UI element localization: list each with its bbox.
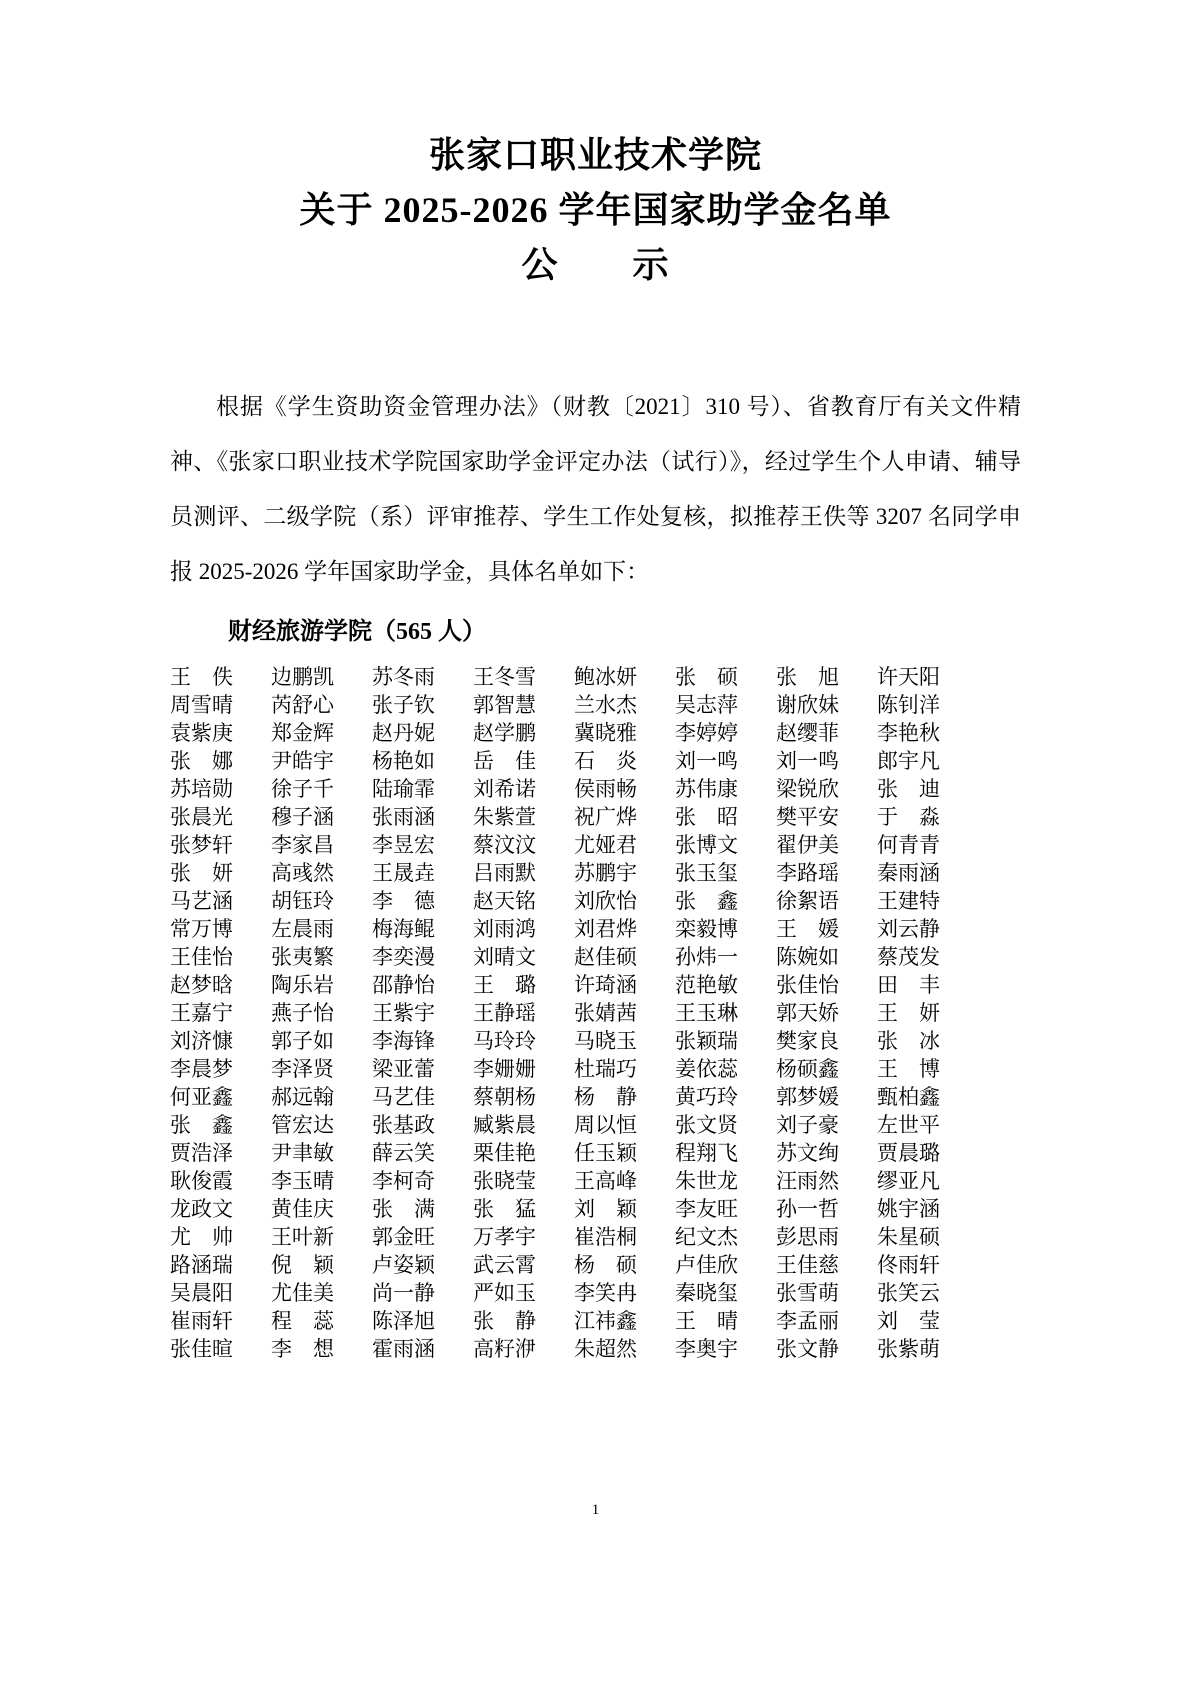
student-name: 王建特 [877, 887, 978, 915]
student-name: 马艺佳 [372, 1083, 473, 1111]
student-name: 李笑冉 [574, 1279, 675, 1307]
name-table: 王 佚边鹏凯苏冬雨王冬雪鲍冰妍张 硕张 旭许天阳周雪晴芮舒心张子钦郭智慧兰水杰吴… [170, 663, 1021, 1363]
student-name: 郝远翰 [271, 1083, 372, 1111]
student-name: 苏冬雨 [372, 663, 473, 691]
student-name: 李奥宇 [675, 1335, 776, 1363]
student-name: 张晓莹 [473, 1167, 574, 1195]
student-name: 苏鹏宇 [574, 859, 675, 887]
student-name: 彭思雨 [776, 1223, 877, 1251]
student-name: 陈泽旭 [372, 1307, 473, 1335]
student-name: 尹皓宇 [271, 747, 372, 775]
student-name: 张 鑫 [170, 1111, 271, 1139]
student-name: 卢姿颖 [372, 1251, 473, 1279]
student-name: 马艺涵 [170, 887, 271, 915]
student-name: 张 冰 [877, 1027, 978, 1055]
student-name: 臧紫晨 [473, 1111, 574, 1139]
document-page: 张家口职业技术学院 关于 2025-2026 学年国家助学金名单 公 示 根据《… [0, 0, 1191, 1684]
student-name: 李泽贤 [271, 1055, 372, 1083]
student-name: 兰水杰 [574, 691, 675, 719]
student-name: 郭天娇 [776, 999, 877, 1027]
student-name: 刘 莹 [877, 1307, 978, 1335]
student-name: 李婷婷 [675, 719, 776, 747]
student-name: 崔浩桐 [574, 1223, 675, 1251]
student-name: 马晓玉 [574, 1027, 675, 1055]
student-name: 张 娜 [170, 747, 271, 775]
student-name: 常万博 [170, 915, 271, 943]
student-name: 赵梦晗 [170, 971, 271, 999]
student-name: 张 旭 [776, 663, 877, 691]
student-name: 赵丹妮 [372, 719, 473, 747]
student-name: 姜依蕊 [675, 1055, 776, 1083]
student-name: 冀晓雅 [574, 719, 675, 747]
student-name: 杨 硕 [574, 1251, 675, 1279]
student-name: 苏文绚 [776, 1139, 877, 1167]
student-name: 杨硕鑫 [776, 1055, 877, 1083]
student-name: 梅海鲲 [372, 915, 473, 943]
student-name: 张笑云 [877, 1279, 978, 1307]
student-name: 张佳暄 [170, 1335, 271, 1363]
student-name: 王嘉宁 [170, 999, 271, 1027]
student-name: 张 昭 [675, 803, 776, 831]
title-line-1: 张家口职业技术学院 [170, 128, 1021, 183]
student-name: 龙政文 [170, 1195, 271, 1223]
student-name: 张 静 [473, 1307, 574, 1335]
student-name: 马玲玲 [473, 1027, 574, 1055]
section-heading: 财经旅游学院（565 人） [170, 615, 1021, 649]
student-name: 张子钦 [372, 691, 473, 719]
student-name: 赵佳硕 [574, 943, 675, 971]
student-name: 高彧然 [271, 859, 372, 887]
student-name: 倪 颖 [271, 1251, 372, 1279]
page-footer: 1 [0, 1502, 1191, 1519]
student-name: 刘一鸣 [675, 747, 776, 775]
student-name: 郑金辉 [271, 719, 372, 747]
student-name: 王玉琳 [675, 999, 776, 1027]
student-name: 李孟丽 [776, 1307, 877, 1335]
student-name: 张 妍 [170, 859, 271, 887]
student-name: 刘云静 [877, 915, 978, 943]
student-name: 高籽洢 [473, 1335, 574, 1363]
student-name: 郭智慧 [473, 691, 574, 719]
student-name: 武云霄 [473, 1251, 574, 1279]
student-name: 石 炎 [574, 747, 675, 775]
student-name: 谢欣妹 [776, 691, 877, 719]
student-name: 张 迪 [877, 775, 978, 803]
student-name: 刘子豪 [776, 1111, 877, 1139]
student-name: 王佳慈 [776, 1251, 877, 1279]
student-name: 翟伊美 [776, 831, 877, 859]
student-name: 王 博 [877, 1055, 978, 1083]
student-name: 陆瑜霏 [372, 775, 473, 803]
student-name: 李海锋 [372, 1027, 473, 1055]
student-name: 管宏达 [271, 1111, 372, 1139]
student-name: 王高峰 [574, 1167, 675, 1195]
student-name: 左世平 [877, 1111, 978, 1139]
student-name: 王佳怡 [170, 943, 271, 971]
student-name: 杜瑞巧 [574, 1055, 675, 1083]
student-name: 黄佳庆 [271, 1195, 372, 1223]
student-name: 苏伟康 [675, 775, 776, 803]
student-name: 鲍冰妍 [574, 663, 675, 691]
student-name: 黄巧玲 [675, 1083, 776, 1111]
student-name: 吴志萍 [675, 691, 776, 719]
student-name: 李柯奇 [372, 1167, 473, 1195]
student-name: 梁锐欣 [776, 775, 877, 803]
student-name: 张 硕 [675, 663, 776, 691]
student-name: 燕子怡 [271, 999, 372, 1027]
student-name: 郎宇凡 [877, 747, 978, 775]
student-name: 吴晨阳 [170, 1279, 271, 1307]
student-name: 周雪晴 [170, 691, 271, 719]
student-name: 任玉颖 [574, 1139, 675, 1167]
student-name: 陶乐岩 [271, 971, 372, 999]
student-name: 程 蕊 [271, 1307, 372, 1335]
student-name: 刘希诺 [473, 775, 574, 803]
student-name: 张雨涵 [372, 803, 473, 831]
student-name: 刘 颖 [574, 1195, 675, 1223]
student-name: 袁紫庚 [170, 719, 271, 747]
student-name: 张 猛 [473, 1195, 574, 1223]
student-name: 朱世龙 [675, 1167, 776, 1195]
student-name: 李 德 [372, 887, 473, 915]
student-name: 张文静 [776, 1335, 877, 1363]
student-name: 李奕漫 [372, 943, 473, 971]
student-name: 徐子千 [271, 775, 372, 803]
student-name: 王叶新 [271, 1223, 372, 1251]
student-name: 张玉玺 [675, 859, 776, 887]
student-name: 卢佳欣 [675, 1251, 776, 1279]
student-name: 陈婉如 [776, 943, 877, 971]
student-name: 樊平安 [776, 803, 877, 831]
student-name: 路涵瑞 [170, 1251, 271, 1279]
student-name: 江祎鑫 [574, 1307, 675, 1335]
student-name: 张婧茜 [574, 999, 675, 1027]
student-name: 杨 静 [574, 1083, 675, 1111]
student-name: 田 丰 [877, 971, 978, 999]
document-title: 张家口职业技术学院 关于 2025-2026 学年国家助学金名单 公 示 [170, 128, 1021, 293]
student-name: 张佳怡 [776, 971, 877, 999]
student-name: 王 佚 [170, 663, 271, 691]
student-name: 于 淼 [877, 803, 978, 831]
student-name: 侯雨畅 [574, 775, 675, 803]
student-name: 陈钊洋 [877, 691, 978, 719]
student-name: 祝广烨 [574, 803, 675, 831]
student-name: 徐絮语 [776, 887, 877, 915]
student-name: 樊家良 [776, 1027, 877, 1055]
student-name: 李友旺 [675, 1195, 776, 1223]
student-name: 姚宇涵 [877, 1195, 978, 1223]
title-line-3: 公 示 [170, 238, 1021, 293]
student-name: 芮舒心 [271, 691, 372, 719]
student-name: 贾晨璐 [877, 1139, 978, 1167]
student-name: 胡钰玲 [271, 887, 372, 915]
student-name: 赵天铭 [473, 887, 574, 915]
student-name: 张夷繁 [271, 943, 372, 971]
student-name: 李晨梦 [170, 1055, 271, 1083]
student-name: 李昱宏 [372, 831, 473, 859]
student-name: 程翔飞 [675, 1139, 776, 1167]
intro-paragraph: 根据《学生资助资金管理办法》（财教〔2021〕310 号）、省教育厅有关文件精神… [170, 379, 1021, 599]
student-name: 李 想 [271, 1335, 372, 1363]
student-name: 李路瑶 [776, 859, 877, 887]
student-name: 何青青 [877, 831, 978, 859]
student-name: 李艳秋 [877, 719, 978, 747]
student-name: 岳 佳 [473, 747, 574, 775]
student-name: 张梦轩 [170, 831, 271, 859]
student-name: 尚一静 [372, 1279, 473, 1307]
student-name: 王 璐 [473, 971, 574, 999]
student-name: 赵缨菲 [776, 719, 877, 747]
student-name: 刘君烨 [574, 915, 675, 943]
student-name: 刘欣怡 [574, 887, 675, 915]
student-name: 崔雨轩 [170, 1307, 271, 1335]
student-name: 王静瑶 [473, 999, 574, 1027]
student-name: 刘晴文 [473, 943, 574, 971]
student-name: 许天阳 [877, 663, 978, 691]
student-name: 薛云笑 [372, 1139, 473, 1167]
student-name: 边鹏凯 [271, 663, 372, 691]
student-name: 王 晴 [675, 1307, 776, 1335]
student-name: 尤娅君 [574, 831, 675, 859]
student-name: 刘一鸣 [776, 747, 877, 775]
student-name: 纪文杰 [675, 1223, 776, 1251]
student-name: 范艳敏 [675, 971, 776, 999]
student-name: 吕雨默 [473, 859, 574, 887]
student-name: 苏培勋 [170, 775, 271, 803]
student-name: 缪亚凡 [877, 1167, 978, 1195]
student-name: 李姗姗 [473, 1055, 574, 1083]
student-name: 赵学鹏 [473, 719, 574, 747]
student-name: 秦雨涵 [877, 859, 978, 887]
student-name: 栗佳艳 [473, 1139, 574, 1167]
student-name: 郭金旺 [372, 1223, 473, 1251]
student-name: 尹聿敏 [271, 1139, 372, 1167]
student-name: 何亚鑫 [170, 1083, 271, 1111]
student-name: 朱紫萱 [473, 803, 574, 831]
student-name: 郭梦媛 [776, 1083, 877, 1111]
student-name: 张 鑫 [675, 887, 776, 915]
student-name: 朱超然 [574, 1335, 675, 1363]
student-name: 秦晓玺 [675, 1279, 776, 1307]
student-name: 王晟垚 [372, 859, 473, 887]
student-name: 杨艳如 [372, 747, 473, 775]
student-name: 朱星硕 [877, 1223, 978, 1251]
student-name: 王 妍 [877, 999, 978, 1027]
student-name: 贾浩泽 [170, 1139, 271, 1167]
page-number: 1 [592, 1502, 600, 1518]
title-line-2: 关于 2025-2026 学年国家助学金名单 [170, 183, 1021, 238]
student-name: 王冬雪 [473, 663, 574, 691]
student-name: 张晨光 [170, 803, 271, 831]
student-name: 张紫萌 [877, 1335, 978, 1363]
student-name: 尤 帅 [170, 1223, 271, 1251]
student-name: 刘济慷 [170, 1027, 271, 1055]
student-name: 张博文 [675, 831, 776, 859]
student-name: 张 满 [372, 1195, 473, 1223]
student-name: 张文贤 [675, 1111, 776, 1139]
student-name: 张基政 [372, 1111, 473, 1139]
student-name: 蔡茂发 [877, 943, 978, 971]
student-name: 郭子如 [271, 1027, 372, 1055]
student-name: 严如玉 [473, 1279, 574, 1307]
student-name: 孙炜一 [675, 943, 776, 971]
student-name: 蔡朝杨 [473, 1083, 574, 1111]
student-name: 梁亚蕾 [372, 1055, 473, 1083]
student-name: 刘雨鸿 [473, 915, 574, 943]
student-name: 李玉晴 [271, 1167, 372, 1195]
student-name: 佟雨轩 [877, 1251, 978, 1279]
student-name: 栾毅博 [675, 915, 776, 943]
student-name: 穆子涵 [271, 803, 372, 831]
student-name: 张颖瑞 [675, 1027, 776, 1055]
student-name: 左晨雨 [271, 915, 372, 943]
student-name: 耿俊霞 [170, 1167, 271, 1195]
student-name: 霍雨涵 [372, 1335, 473, 1363]
student-name: 汪雨然 [776, 1167, 877, 1195]
student-name: 许琦涵 [574, 971, 675, 999]
student-name: 张雪萌 [776, 1279, 877, 1307]
student-name: 周以恒 [574, 1111, 675, 1139]
student-name: 甄柏鑫 [877, 1083, 978, 1111]
student-name: 尤佳美 [271, 1279, 372, 1307]
student-name: 蔡汶汶 [473, 831, 574, 859]
student-name: 孙一哲 [776, 1195, 877, 1223]
student-name: 邵静怡 [372, 971, 473, 999]
student-name: 王 媛 [776, 915, 877, 943]
student-name: 李家昌 [271, 831, 372, 859]
student-name: 万孝宇 [473, 1223, 574, 1251]
student-name: 王紫宇 [372, 999, 473, 1027]
